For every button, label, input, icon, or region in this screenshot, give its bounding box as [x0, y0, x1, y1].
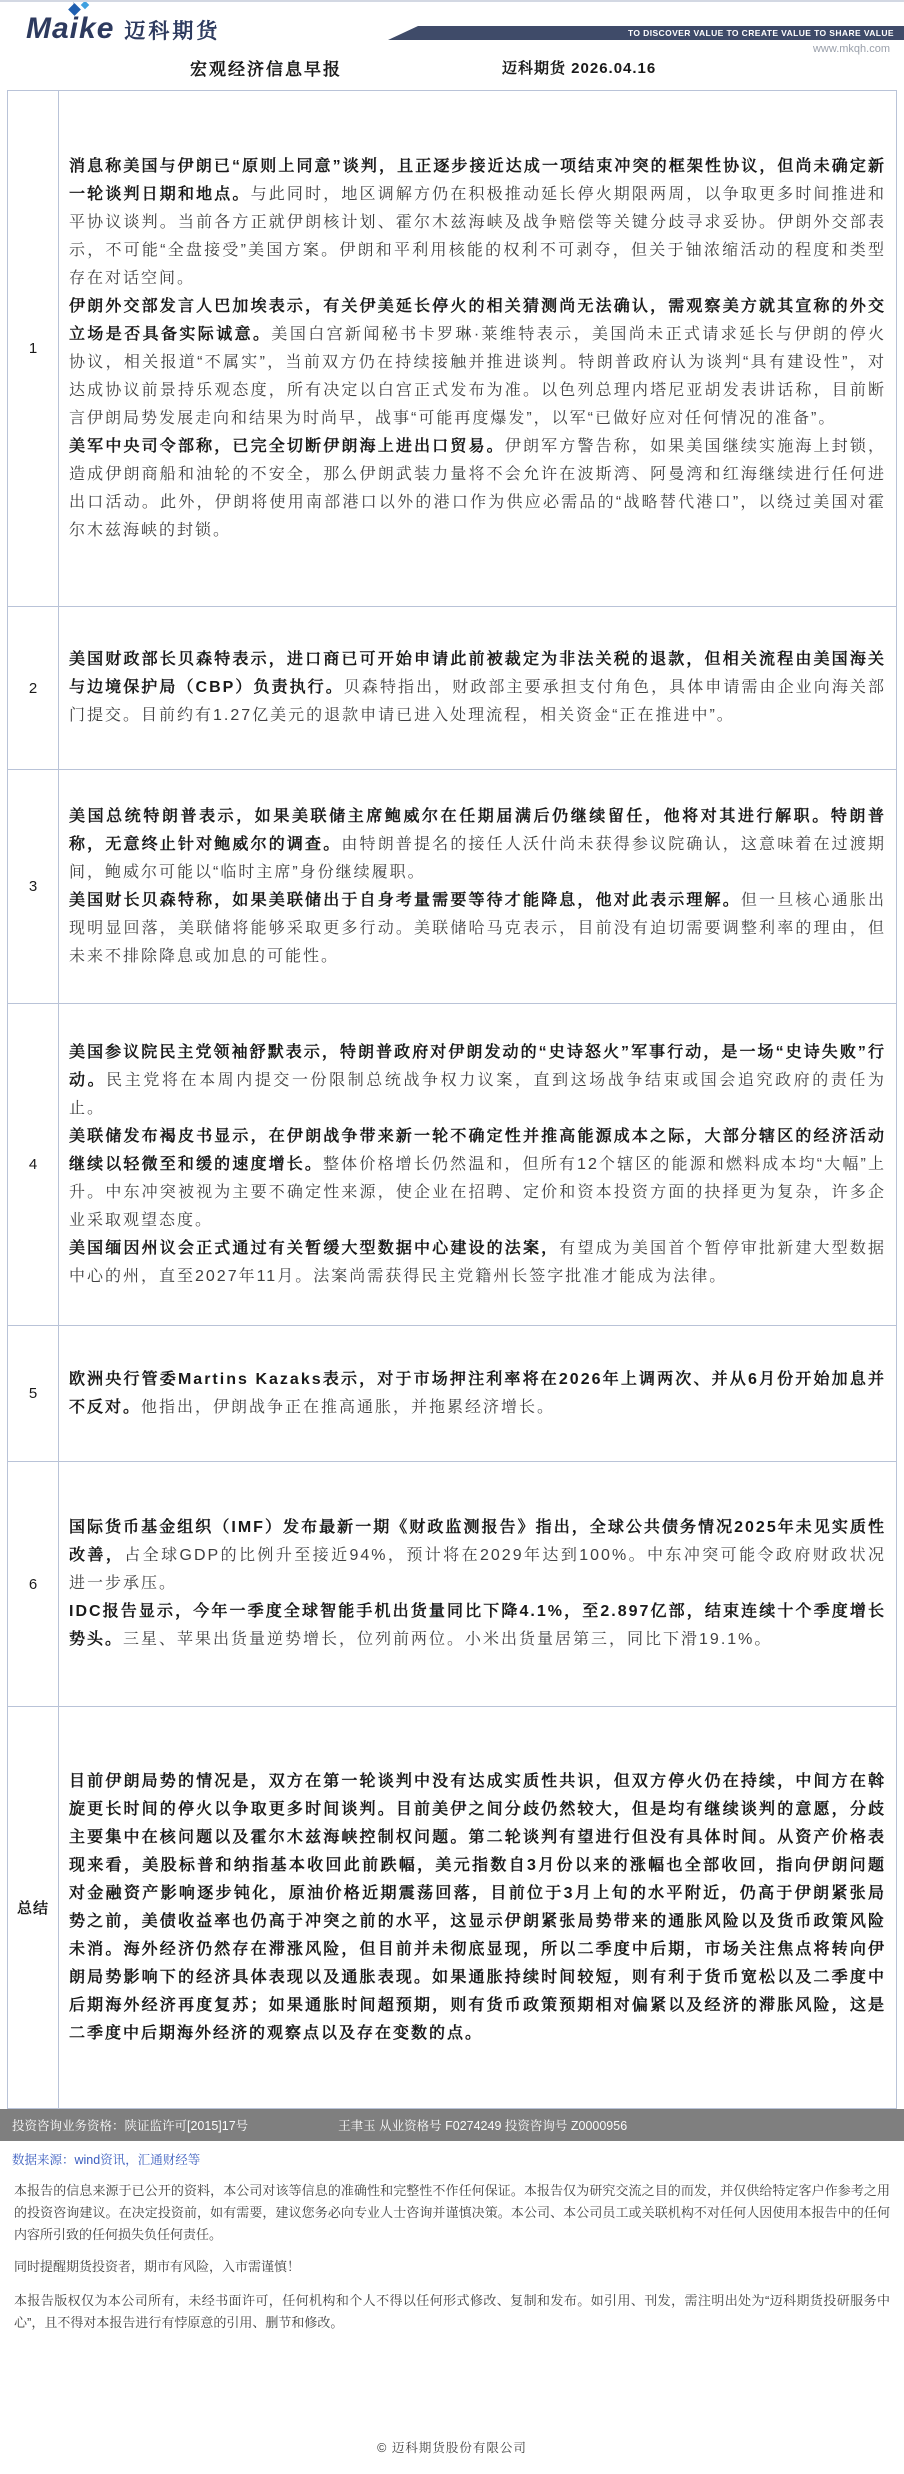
news-paragraph: 消息称美国与伊朗已“原则上同意”谈判，且正逐步接近达成一项结束冲突的框架性协议，… [69, 153, 886, 293]
news-paragraph: 美国缅因州议会正式通过有关暂缓大型数据中心建设的法案，有望成为美国首个暂停审批新… [69, 1235, 886, 1291]
website-url: www.mkqh.com [388, 40, 904, 55]
risk-warning: 同时提醒期货投资者，期市有风险，入市需谨慎！ [0, 2246, 904, 2278]
sparkle-icon [81, 1, 89, 9]
slogan-banner: TO DISCOVER VALUE TO CREATE VALUE TO SHA… [388, 26, 904, 55]
banner-swoosh: TO DISCOVER VALUE TO CREATE VALUE TO SHA… [388, 26, 904, 40]
news-paragraph: 美国财长贝森特称，如果美联储出于自身考量需要等待才能降息，他对此表示理解。但一旦… [69, 887, 886, 971]
footer: 投资咨询业务资格：陕证监许可[2015]17号 王聿玉 从业资格号 F02742… [0, 2109, 904, 2474]
copyright-line: © 迈科期货股份有限公司 [0, 2438, 904, 2456]
news-row-6: 6国际货币基金组织（IMF）发布最新一期《财政监测报告》指出，全球公共债务情况2… [8, 1461, 896, 1706]
news-paragraph: 目前伊朗局势的情况是，双方在第一轮谈判中没有达成实质性共识，但双方停火仍在持续，… [69, 1768, 886, 2048]
row-number: 1 [8, 91, 59, 606]
row-content: 消息称美国与伊朗已“原则上同意”谈判，且正逐步接近达成一项结束冲突的框架性协议，… [59, 91, 896, 606]
page-title: 宏观经济信息早报 [190, 55, 342, 80]
news-paragraph: 伊朗外交部发言人巴加埃表示，有关伊美延长停火的相关猜测尚无法确认，需观察美方就其… [69, 293, 886, 433]
news-row-2: 2美国财政部长贝森特表示，进口商已可开始申请此前被裁定为非法关税的退款，但相关流… [8, 606, 896, 769]
news-paragraph: IDC报告显示，今年一季度全球智能手机出货量同比下降4.1%，至2.897亿部，… [69, 1598, 886, 1654]
news-row-3: 3美国总统特朗普表示，如果美联储主席鲍威尔在任期届满后仍继续留任，他将对其进行解… [8, 769, 896, 1003]
news-paragraph: 美国财政部长贝森特表示，进口商已可开始申请此前被裁定为非法关税的退款，但相关流程… [69, 646, 886, 730]
header: Maike 迈科期货 TO DISCOVER VALUE TO CREATE V… [0, 2, 904, 45]
logo-chinese-name: 迈科期货 [124, 21, 220, 42]
analyst-credentials: 王聿玉 从业资格号 F0274249 投资咨询号 Z0000956 [338, 2116, 627, 2134]
news-table: 1消息称美国与伊朗已“原则上同意”谈判，且正逐步接近达成一项结束冲突的框架性协议… [7, 90, 897, 2109]
news-paragraph: 国际货币基金组织（IMF）发布最新一期《财政监测报告》指出，全球公共债务情况20… [69, 1514, 886, 1598]
qualification-text: 投资咨询业务资格：陕证监许可[2015]17号 [12, 2116, 248, 2134]
row-content: 国际货币基金组织（IMF）发布最新一期《财政监测报告》指出，全球公共债务情况20… [59, 1462, 896, 1706]
news-row-1: 1消息称美国与伊朗已“原则上同意”谈判，且正逐步接近达成一项结束冲突的框架性协议… [8, 91, 896, 606]
row-content: 美国财政部长贝森特表示，进口商已可开始申请此前被裁定为非法关税的退款，但相关流程… [59, 607, 896, 769]
news-paragraph: 美国参议院民主党领袖舒默表示，特朗普政府对伊朗发动的“史诗怒火”军事行动，是一场… [69, 1039, 886, 1123]
logo-wordmark: Maike [26, 14, 114, 44]
qualification-bar: 投资咨询业务资格：陕证监许可[2015]17号 王聿玉 从业资格号 F02742… [0, 2109, 904, 2141]
news-paragraph: 美联储发布褐皮书显示，在伊朗战争带来新一轮不确定性并推高能源成本之际，大部分辖区… [69, 1123, 886, 1235]
row-number: 6 [8, 1462, 59, 1706]
news-paragraph: 美国总统特朗普表示，如果美联储主席鲍威尔在任期届满后仍继续留任，他将对其进行解职… [69, 803, 886, 887]
maike-logo: Maike 迈科期货 [26, 14, 220, 44]
row-content: 欧洲央行管委Martins Kazaks表示，对于市场押注利率将在2026年上调… [59, 1326, 896, 1461]
news-row-5: 5欧洲央行管委Martins Kazaks表示，对于市场押注利率将在2026年上… [8, 1325, 896, 1461]
row-content: 美国参议院民主党领袖舒默表示，特朗普政府对伊朗发动的“史诗怒火”军事行动，是一场… [59, 1004, 896, 1325]
row-content: 目前伊朗局势的情况是，双方在第一轮谈判中没有达成实质性共识，但双方停火仍在持续，… [59, 1707, 896, 2108]
data-source-line: 数据来源：wind资讯，汇通财经等 [0, 2141, 904, 2168]
row-content: 美国总统特朗普表示，如果美联储主席鲍威尔在任期届满后仍继续留任，他将对其进行解职… [59, 770, 896, 1003]
news-row-总结: 总结目前伊朗局势的情况是，双方在第一轮谈判中没有达成实质性共识，但双方停火仍在持… [8, 1706, 896, 2108]
disclaimer-paragraph-2: 本报告版权仅为本公司所有，未经书面许可，任何机构和个人不得以任何形式修改、复制和… [0, 2278, 904, 2334]
report-page: Maike 迈科期货 TO DISCOVER VALUE TO CREATE V… [0, 0, 904, 2474]
news-paragraph: 欧洲央行管委Martins Kazaks表示，对于市场押注利率将在2026年上调… [69, 1366, 886, 1422]
sparkle-icon [68, 3, 81, 16]
banner-slogan: TO DISCOVER VALUE TO CREATE VALUE TO SHA… [628, 28, 894, 38]
row-number: 4 [8, 1004, 59, 1325]
row-number: 总结 [8, 1707, 59, 2108]
news-paragraph: 美军中央司令部称，已完全切断伊朗海上进出口贸易。伊朗军方警告称，如果美国继续实施… [69, 433, 886, 545]
report-date: 迈科期货 2026.04.16 [502, 57, 656, 78]
row-number: 5 [8, 1326, 59, 1461]
row-number: 2 [8, 607, 59, 769]
news-row-4: 4美国参议院民主党领袖舒默表示，特朗普政府对伊朗发动的“史诗怒火”军事行动，是一… [8, 1003, 896, 1325]
disclaimer-paragraph-1: 本报告的信息来源于已公开的资料，本公司对该等信息的准确性和完整性不作任何保证。本… [0, 2168, 904, 2246]
row-number: 3 [8, 770, 59, 1003]
